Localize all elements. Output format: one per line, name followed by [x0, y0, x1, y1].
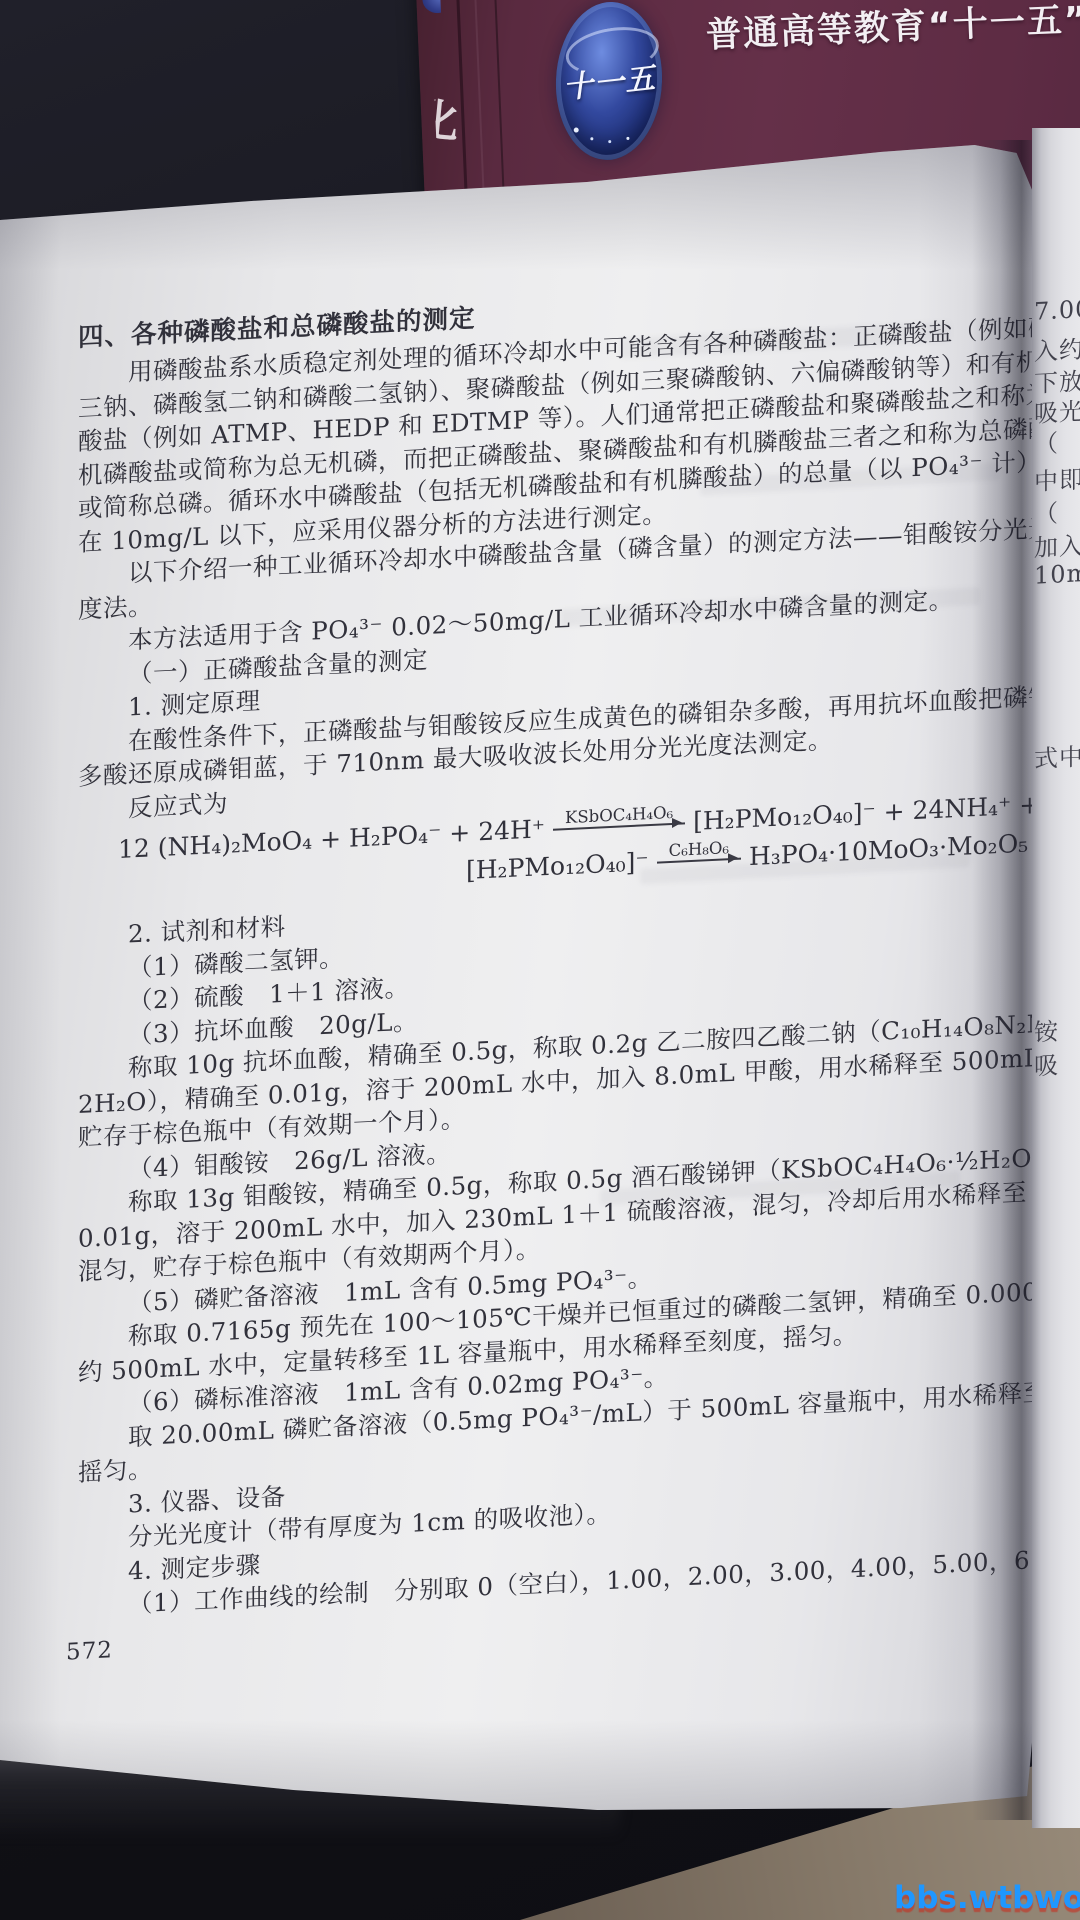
facing-page-fragment: 铵 [1034, 1011, 1059, 1047]
facing-page-fragment: 7.00, [1034, 294, 1080, 325]
facing-page-edge: 7.00,入约 2下放置吸光度（中即得（加入10mi式中铵吸 [1032, 128, 1080, 1828]
eleventh-five-plan-logo: 十一五 [552, 0, 665, 162]
cover-series-banner: 普通高等教育“十一五”国 [705, 0, 1080, 58]
facing-page-fragment: （ [1034, 423, 1059, 459]
facing-page-fragment: （ [1034, 493, 1059, 529]
facing-page-fragment: 中即得 [1034, 458, 1080, 497]
photo-background: 化 十一五 普通高等教育“十一五”国 四、各种磷酸盐和总磷酸盐的测定用磷酸盐系水… [0, 0, 1080, 1920]
open-book-page: 四、各种磷酸盐和总磷酸盐的测定用磷酸盐系水质稳定剂处理的循环冷却水中可能含有各种… [0, 140, 1048, 1830]
page-text-block: 四、各种磷酸盐和总磷酸盐的测定用磷酸盐系水质稳定剂处理的循环冷却水中可能含有各种… [78, 272, 1024, 1669]
arrow-shaft [657, 857, 741, 873]
spine-character-fragment: 化 [434, 82, 465, 203]
partial-logo-fragment [422, 0, 453, 14]
facing-page-fragment: 式中 [1034, 737, 1080, 775]
reaction-arrow: C₆H₈O₆ [657, 838, 741, 873]
reaction-arrow: KSbOC₄H₄O₆ [553, 803, 685, 841]
equation-lhs: [H₂PMo₁₂O₄₀]⁻ [466, 845, 649, 887]
facing-page-fragment: 吸 [1034, 1045, 1059, 1081]
watermark: bbs.wtbworld.com [894, 1880, 1080, 1916]
logo-text: 十一五 [554, 52, 664, 108]
spine-character: 化 [434, 82, 444, 148]
facing-page-fragment: 10mi [1034, 558, 1080, 589]
facing-page-fragment: 加入 [1034, 526, 1080, 564]
